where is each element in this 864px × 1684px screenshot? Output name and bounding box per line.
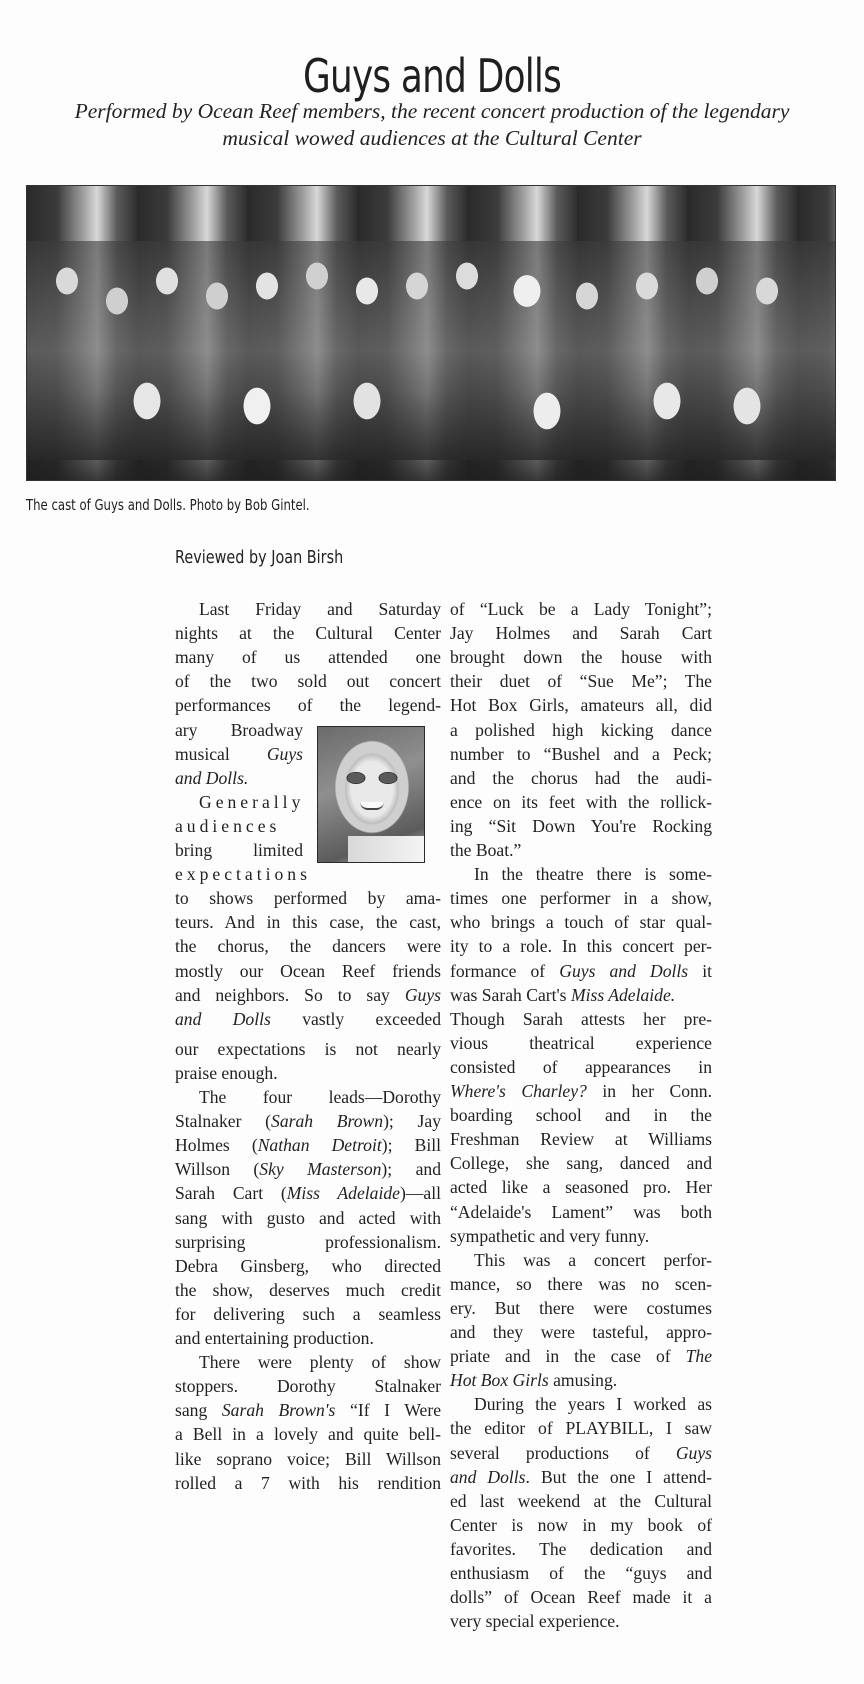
article-text-line: of “Luck be a Lady Tonight”; [450,597,712,621]
article-text-line: ed last weekend at the Cultural [450,1489,712,1513]
article-text-line: for delivering such a seamless [175,1302,441,1326]
article-text-line: a Bell in a lovely and quite bell- [175,1422,441,1446]
article-text-line: Jay Holmes and Sarah Cart [450,621,712,645]
subtitle-line: musical wowed audiences at the Cultural … [0,125,864,152]
article-text-line: dolls” of Ocean Reef made it a [450,1585,712,1609]
article-text-line: very special experience. [450,1609,712,1633]
article-text-line: mance, so there was no scen- [450,1272,712,1296]
article-text-line: Center is now in my book of [450,1513,712,1537]
article-text-line: Though Sarah attests her pre- [450,1007,712,1031]
article-text-line: was Sarah Cart's Miss Adelaide. [450,983,712,1007]
subtitle-line: Performed by Ocean Reef members, the rec… [0,98,864,125]
article-text-line: mostly our Ocean Reef friends [175,959,441,983]
article-text-line: Willson (Sky Masterson); and [175,1157,441,1181]
article-text-line: like soprano voice; Bill Willson [175,1447,441,1471]
article-text-line: the editor of PLAYBILL, I saw [450,1416,712,1440]
article-text-line: and entertaining production. [175,1326,441,1350]
article-text-line: the chorus, the dancers were [175,934,441,958]
article-text-line: rolled a 7 with his rendition [175,1471,441,1495]
article-text-line: Last Friday and Saturday [199,597,441,621]
article-text-line: performances of the legend- [175,693,441,717]
article-text-line: expectations [175,862,303,886]
article-text-line: sang Sarah Brown's “If I Were [175,1398,441,1422]
byline: Reviewed by Joan Birsh [175,547,343,568]
article-text-line: This was a concert perfor- [474,1248,712,1272]
article-text-line: During the years I worked as [474,1392,712,1416]
article-text-line: and they were tasteful, appro- [450,1320,712,1344]
article-text-line: Hot Box Girls, amateurs all, did [450,693,712,717]
article-text-line: who brings a touch of star qual- [450,910,712,934]
article-text-line: and Dolls vastly exceeded [175,1007,441,1031]
article-text-line: several productions of Guys [450,1441,712,1465]
article-text-line: times one performer in a show, [450,886,712,910]
article-text-line: “Adelaide's Lament” was both [450,1200,712,1224]
article-text-line: nights at the Cultural Center [175,621,441,645]
article-text-line: the show, deserves much credit [175,1278,441,1302]
article-text-line: many of us attended one [175,645,441,669]
article-text-line: priate and in the case of The [450,1344,712,1368]
article-text-line: favorites. The dedication and [450,1537,712,1561]
article-text-line: Hot Box Girls amusing. [450,1368,712,1392]
article-text-line: sang with gusto and acted with [175,1206,441,1230]
portrait-glasses [340,769,404,787]
cast-photo-figures [27,241,835,460]
article-text-line: Debra Ginsberg, who directed [175,1254,441,1278]
article-text-line: boarding school and in the [450,1103,712,1127]
article-text-line: and neighbors. So to say Guys [175,983,441,1007]
article-text-line: Sarah Cart (Miss Adelaide)—all [175,1181,441,1205]
article-text-line: ity to a role. In this concert per- [450,934,712,958]
article-text-line: acted like a seasoned pro. Her [450,1175,712,1199]
article-text-line: Stalnaker (Sarah Brown); Jay [175,1109,441,1133]
author-portrait [317,726,425,863]
article-text-line: audiences [175,814,303,838]
article-text-line: and Dolls. But the one I attend- [450,1465,712,1489]
article-text-line: praise enough. [175,1061,441,1085]
article-text-line: ing “Sit Down You're Rocking [450,814,712,838]
article-text-line: In the theatre there is some- [474,862,712,886]
article-text-line: teurs. And in this case, the cast, [175,910,441,934]
article-text-line: vious theatrical experience [450,1031,712,1055]
article-text-line: Holmes (Nathan Detroit); Bill [175,1133,441,1157]
article-text-line: their duet of “Sue Me”; The [450,669,712,693]
article-text-line: ary Broadway [175,718,303,742]
article-title: Guys and Dolls [95,49,769,103]
article-text-line: Freshman Review at Williams [450,1127,712,1151]
article-text-line: brought down the house with [450,645,712,669]
article-text-line: consisted of appearances in [450,1055,712,1079]
article-text-line: bring limited [175,838,303,862]
article-text-line: ence on its feet with the rollick- [450,790,712,814]
article-text-line: surprising professionalism. [175,1230,441,1254]
article-text-line: and the chorus had the audi- [450,766,712,790]
article-text-line: number to “Bushel and a Peck; [450,742,712,766]
article-text-line: stoppers. Dorothy Stalnaker [175,1374,441,1398]
article-text-line: our expectations is not nearly [175,1037,441,1061]
article-text-line: a polished high kicking dance [450,718,712,742]
article-text-line: to shows performed by ama- [175,886,441,910]
article-text-line: musical Guys [175,742,303,766]
article-page: Guys and Dolls Performed by Ocean Reef m… [0,0,864,1684]
article-text-line: There were plenty of show [199,1350,441,1374]
article-text-line: formance of Guys and Dolls it [450,959,712,983]
article-text-line: The four leads—Dorothy [199,1085,441,1109]
article-text-line: the Boat.” [450,838,712,862]
photo-caption: The cast of Guys and Dolls. Photo by Bob… [26,496,310,514]
article-subtitle: Performed by Ocean Reef members, the rec… [0,98,864,152]
article-text-line: Generally [199,790,303,814]
article-text-line: College, she sang, danced and [450,1151,712,1175]
article-text-line: and Dolls. [175,766,303,790]
portrait-collar [348,836,425,862]
article-text-line: enthusiasm of the “guys and [450,1561,712,1585]
article-text-line: sympathetic and very funny. [450,1224,712,1248]
article-text-line: Where's Charley? in her Conn. [450,1079,712,1103]
portrait-smile [360,802,384,810]
article-text-line: ery. But there were costumes [450,1296,712,1320]
cast-photo [26,185,836,481]
article-text-line: of the two sold out concert [175,669,441,693]
